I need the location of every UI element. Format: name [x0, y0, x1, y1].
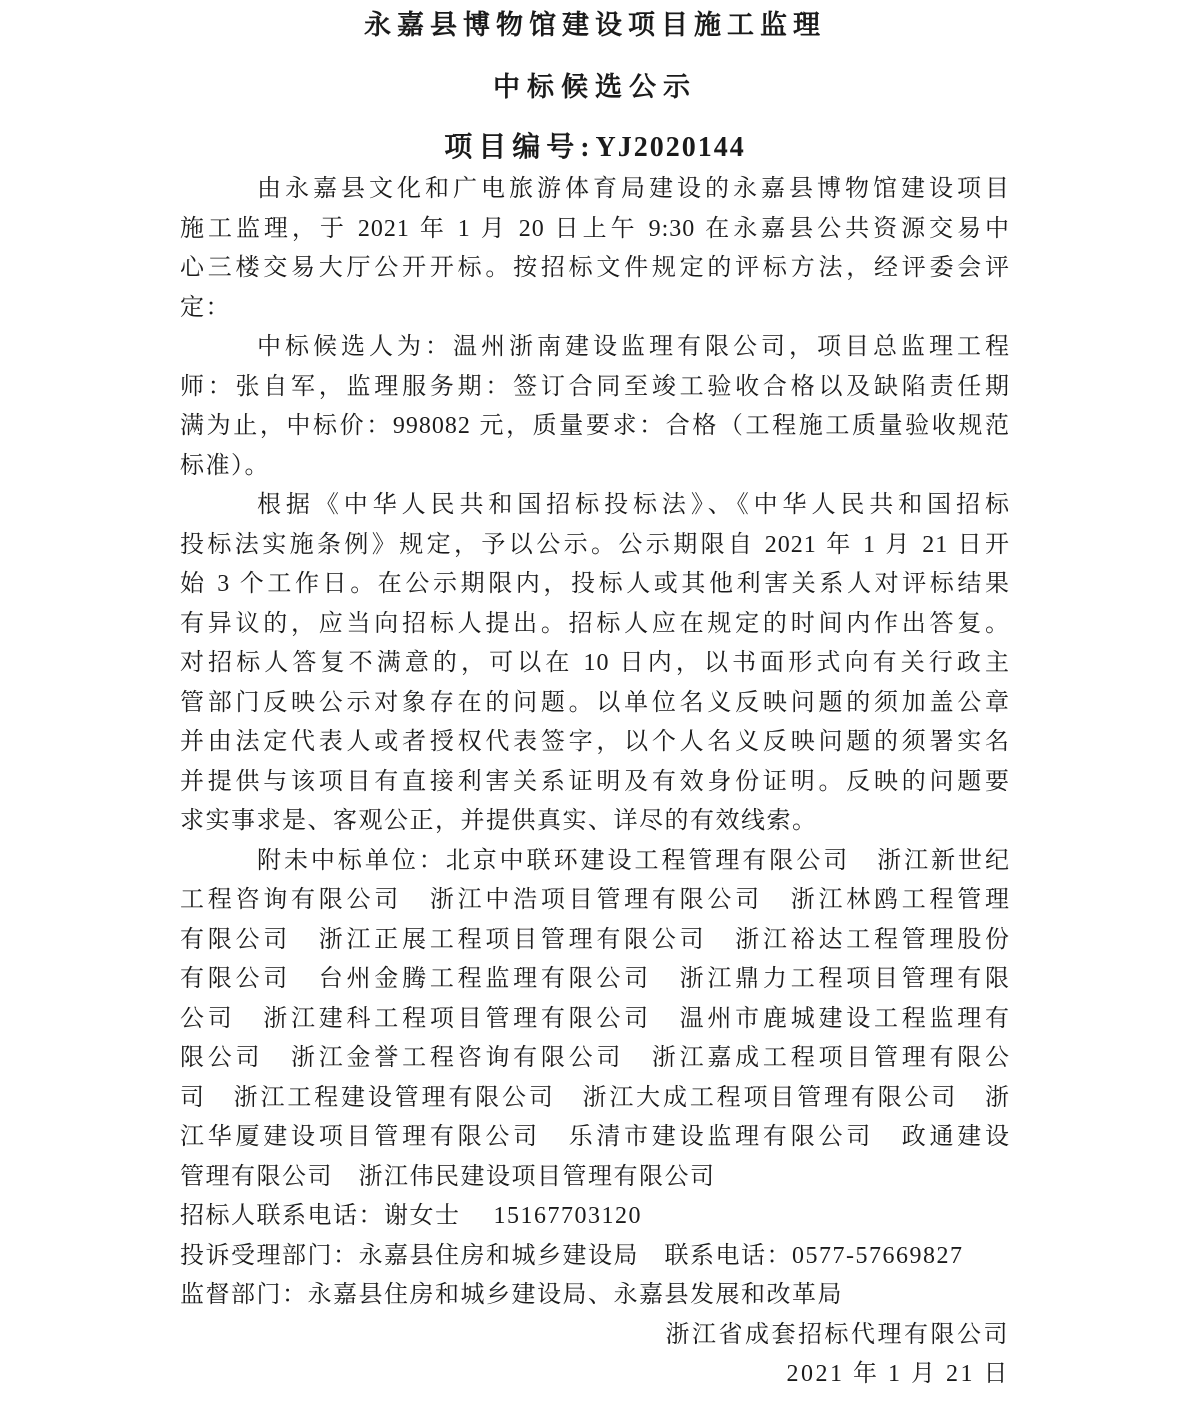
body-line: 并由法定代表人或者授权代表签字，以个人名义反映问题的须署实名: [180, 723, 1010, 763]
body-line: 管理有限公司 浙江伟民建设项目管理有限公司: [180, 1158, 1010, 1198]
body-line: 有限公司 台州金腾工程监理有限公司 浙江鼎力工程项目管理有限: [180, 960, 1010, 1000]
body-line: 有限公司 浙江正展工程项目管理有限公司 浙江裕达工程管理股份: [180, 921, 1010, 961]
body-line: 心三楼交易大厅公开开标。按招标文件规定的评标方法，经评委会评: [180, 249, 1010, 289]
signature-date: 2021 年 1 月 21 日: [180, 1355, 1010, 1395]
body-line: 管部门反映公示对象存在的问题。以单位名义反映问题的须加盖公章: [180, 684, 1010, 724]
signoff-block: 浙江省成套招标代理有限公司 2021 年 1 月 21 日: [180, 1316, 1010, 1395]
project-number-value: YJ2020144: [596, 132, 746, 163]
project-number: 项目编号:YJ2020144: [0, 132, 1190, 164]
contact-line: 招标人联系电话：谢女士 15167703120: [180, 1197, 1010, 1237]
body-line: 定：: [180, 289, 1010, 329]
document-title: 永嘉县博物馆建设项目施工监理: [0, 0, 1190, 40]
body-paragraphs: 由永嘉县文化和广电旅游体育局建设的永嘉县博物馆建设项目施工监理，于 2021 年…: [180, 170, 1010, 1197]
contact-info: 招标人联系电话：谢女士 15167703120投诉受理部门：永嘉县住房和城乡建设…: [180, 1197, 1010, 1316]
project-number-label: 项目编号:: [444, 132, 595, 163]
body-line: 由永嘉县文化和广电旅游体育局建设的永嘉县博物馆建设项目: [180, 170, 1010, 210]
body-line: 有异议的，应当向招标人提出。招标人应在规定的时间内作出答复。: [180, 605, 1010, 645]
document-subtitle: 中标候选公示: [0, 72, 1190, 102]
body-line: 标准）。: [180, 447, 1010, 487]
agency-signature: 浙江省成套招标代理有限公司: [180, 1316, 1010, 1356]
body-line: 中标候选人为：温州浙南建设监理有限公司，项目总监理工程: [180, 328, 1010, 368]
body-line: 求实事求是、客观公正，并提供真实、详尽的有效线索。: [180, 802, 1010, 842]
body-line: 根据《中华人民共和国招标投标法》、《中华人民共和国招标: [180, 486, 1010, 526]
body-line: 附未中标单位：北京中联环建设工程管理有限公司 浙江新世纪: [180, 842, 1010, 882]
contact-line: 监督部门：永嘉县住房和城乡建设局、永嘉县发展和改革局: [180, 1276, 1010, 1316]
body-line: 对招标人答复不满意的，可以在 10 日内，以书面形式向有关行政主: [180, 644, 1010, 684]
body-line: 师：张自军，监理服务期：签订合同至竣工验收合格以及缺陷责任期: [180, 368, 1010, 408]
body-line: 投标法实施条例》规定，予以公示。公示期限自 2021 年 1 月 21 日开: [180, 526, 1010, 566]
body-line: 限公司 浙江金誉工程咨询有限公司 浙江嘉成工程项目管理有限公: [180, 1039, 1010, 1079]
body-line: 公司 浙江建科工程项目管理有限公司 温州市鹿城建设工程监理有: [180, 1000, 1010, 1040]
body-line: 施工监理，于 2021 年 1 月 20 日上午 9:30 在永嘉县公共资源交易…: [180, 210, 1010, 250]
title-block: 永嘉县博物馆建设项目施工监理 中标候选公示 项目编号:YJ2020144: [0, 0, 1190, 164]
contact-line: 投诉受理部门：永嘉县住房和城乡建设局 联系电话：0577-57669827: [180, 1237, 1010, 1277]
body-line: 满为止，中标价：998082 元，质量要求：合格（工程施工质量验收规范: [180, 407, 1010, 447]
body-line: 司 浙江工程建设管理有限公司 浙江大成工程项目管理有限公司 浙: [180, 1079, 1010, 1119]
body-line: 始 3 个工作日。在公示期限内，投标人或其他利害关系人对评标结果: [180, 565, 1010, 605]
document-body: 由永嘉县文化和广电旅游体育局建设的永嘉县博物馆建设项目施工监理，于 2021 年…: [180, 170, 1010, 1395]
document-page: 永嘉县博物馆建设项目施工监理 中标候选公示 项目编号:YJ2020144 由永嘉…: [0, 0, 1190, 1404]
body-line: 工程咨询有限公司 浙江中浩项目管理有限公司 浙江林鸥工程管理: [180, 881, 1010, 921]
body-line: 并提供与该项目有直接利害关系证明及有效身份证明。反映的问题要: [180, 763, 1010, 803]
body-line: 江华厦建设项目管理有限公司 乐清市建设监理有限公司 政通建设: [180, 1118, 1010, 1158]
